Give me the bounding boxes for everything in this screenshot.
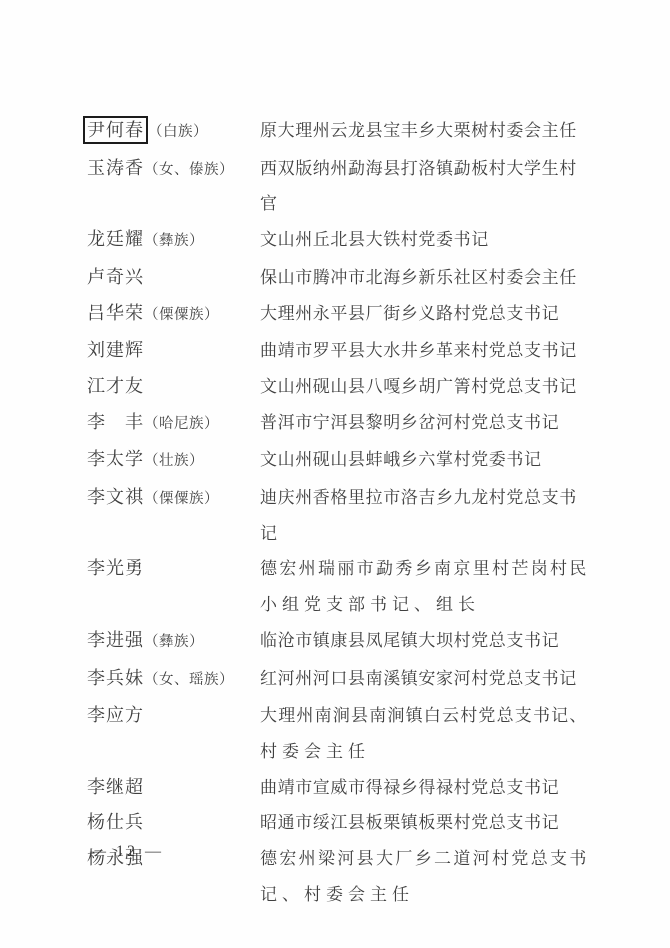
ethnicity-label: （白族）	[148, 124, 208, 140]
ethnicity-label: （壮族）	[144, 453, 204, 469]
position-cell: 曲靖市罗平县大水井乡革来村党总支书记	[260, 333, 587, 369]
person-name: 李兵妹	[87, 661, 144, 697]
position-cell: 大理州永平县厂街乡义路村党总支书记	[260, 296, 587, 332]
position-line: 文山州丘北县大铁村党委书记	[260, 222, 587, 258]
position-cell: 西双版纳州勐海县打洛镇勐板村大学生村官	[260, 151, 587, 222]
position-cell: 德宏州梁河县大厂乡二道河村党总支书记、村委会主任	[260, 841, 587, 912]
person-name: 李继超	[87, 770, 144, 806]
position-line: 大理州南涧县南涧镇白云村党总支书记、	[260, 698, 587, 734]
roster-entry: 江才友文山州砚山县八嘎乡胡广箐村党总支书记	[87, 369, 587, 405]
roster-entry: 刘建辉曲靖市罗平县大水井乡革来村党总支书记	[87, 333, 587, 369]
position-line: 德宏州梁河县大厂乡二道河村党总支书	[260, 841, 587, 877]
roster-entry: 李兵妹（女、瑶族）红河州河口县南溪镇安家河村党总支书记	[87, 661, 587, 699]
position-cell: 临沧市镇康县凤尾镇大坝村党总支书记	[260, 623, 587, 659]
person-name: 龙廷耀	[87, 222, 144, 258]
position-cell: 昭通市绥江县板栗镇板栗村党总支书记	[260, 805, 587, 841]
ethnicity-label: （傈僳族）	[144, 491, 219, 507]
person-name: 杨仕兵	[87, 805, 144, 841]
roster-entry: 李应方大理州南涧县南涧镇白云村党总支书记、村委会主任	[87, 698, 587, 769]
person-name-cell: 刘建辉	[87, 333, 260, 369]
position-cell: 文山州丘北县大铁村党委书记	[260, 222, 587, 258]
roster-entry: 李光勇德宏州瑞丽市勐秀乡南京里村芒岗村民小组党支部书记、组长	[87, 551, 587, 622]
position-line: 普洱市宁洱县黎明乡岔河村党总支书记	[260, 405, 587, 441]
page-number: — 12 —	[90, 843, 164, 860]
ethnicity-label: （彝族）	[144, 634, 204, 650]
roster-list: 尹何春（白族）原大理州云龙县宝丰乡大栗树村委会主任玉涛香（女、傣族）西双版纳州勐…	[87, 113, 587, 912]
position-line: 临沧市镇康县凤尾镇大坝村党总支书记	[260, 623, 587, 659]
ethnicity-label: （哈尼族）	[144, 416, 219, 432]
person-name: 李应方	[87, 698, 144, 734]
roster-entry: 尹何春（白族）原大理州云龙县宝丰乡大栗树村委会主任	[87, 113, 587, 151]
position-cell: 文山州砚山县八嘎乡胡广箐村党总支书记	[260, 369, 587, 405]
position-line: 文山州砚山县八嘎乡胡广箐村党总支书记	[260, 369, 587, 405]
person-name-cell: 李兵妹（女、瑶族）	[87, 661, 260, 699]
position-line: 文山州砚山县蚌峨乡六掌村党委书记	[260, 442, 587, 478]
person-name-cell: 李应方	[87, 698, 260, 734]
person-name: 李进强	[87, 623, 144, 659]
position-line: 原大理州云龙县宝丰乡大栗树村委会主任	[260, 113, 587, 149]
position-line: 红河州河口县南溪镇安家河村党总支书记	[260, 661, 587, 697]
page-footer: — 12 —	[90, 843, 164, 861]
person-name: 刘建辉	[87, 333, 144, 369]
ethnicity-label: （彝族）	[144, 233, 204, 249]
ethnicity-label: （傈僳族）	[144, 307, 219, 323]
roster-entry: 李太学（壮族）文山州砚山县蚌峨乡六掌村党委书记	[87, 442, 587, 480]
position-line: 西双版纳州勐海县打洛镇勐板村大学生村官	[260, 151, 587, 222]
person-name-cell: 李进强（彝族）	[87, 623, 260, 661]
person-name-cell: 杨仕兵	[87, 805, 260, 841]
person-name-cell: 李光勇	[87, 551, 260, 587]
position-cell: 迪庆州香格里拉市洛吉乡九龙村党总支书记	[260, 480, 587, 551]
position-cell: 保山市腾冲市北海乡新乐社区村委会主任	[260, 260, 587, 296]
person-name-cell: 卢奇兴	[87, 260, 260, 296]
person-name-highlight-box: 尹何春	[83, 116, 148, 144]
person-name: 李光勇	[87, 551, 144, 587]
ethnicity-label: （女、瑶族）	[144, 672, 234, 688]
person-name-cell: 李继超	[87, 770, 260, 806]
position-line: 昭通市绥江县板栗镇板栗村党总支书记	[260, 805, 587, 841]
person-name: 李 丰	[87, 405, 144, 441]
person-name: 李文祺	[87, 480, 144, 516]
person-name-cell: 吕华荣（傈僳族）	[87, 296, 260, 334]
position-line: 村委会主任	[260, 734, 587, 770]
roster-entry: 李进强（彝族）临沧市镇康县凤尾镇大坝村党总支书记	[87, 623, 587, 661]
position-cell: 大理州南涧县南涧镇白云村党总支书记、村委会主任	[260, 698, 587, 769]
person-name-cell: 玉涛香（女、傣族）	[87, 151, 260, 189]
position-line: 曲靖市宣威市得禄乡得禄村党总支书记	[260, 770, 587, 806]
person-name: 卢奇兴	[87, 260, 144, 296]
roster-entry: 龙廷耀（彝族）文山州丘北县大铁村党委书记	[87, 222, 587, 260]
position-cell: 普洱市宁洱县黎明乡岔河村党总支书记	[260, 405, 587, 441]
person-name: 江才友	[87, 369, 144, 405]
roster-entry: 李文祺（傈僳族）迪庆州香格里拉市洛吉乡九龙村党总支书记	[87, 480, 587, 551]
position-cell: 红河州河口县南溪镇安家河村党总支书记	[260, 661, 587, 697]
position-line: 大理州永平县厂街乡义路村党总支书记	[260, 296, 587, 332]
person-name: 吕华荣	[87, 296, 144, 332]
roster-entry: 杨仕兵昭通市绥江县板栗镇板栗村党总支书记	[87, 805, 587, 841]
position-cell: 德宏州瑞丽市勐秀乡南京里村芒岗村民小组党支部书记、组长	[260, 551, 587, 622]
person-name: 玉涛香	[87, 151, 144, 187]
position-line: 小组党支部书记、组长	[260, 587, 587, 623]
position-line: 记、村委会主任	[260, 877, 587, 913]
ethnicity-label: （女、傣族）	[144, 162, 234, 178]
position-line: 德宏州瑞丽市勐秀乡南京里村芒岗村民	[260, 551, 587, 587]
person-name: 李太学	[87, 442, 144, 478]
position-line: 保山市腾冲市北海乡新乐社区村委会主任	[260, 260, 587, 296]
roster-entry: 玉涛香（女、傣族）西双版纳州勐海县打洛镇勐板村大学生村官	[87, 151, 587, 222]
roster-entry: 吕华荣（傈僳族）大理州永平县厂街乡义路村党总支书记	[87, 296, 587, 334]
position-cell: 文山州砚山县蚌峨乡六掌村党委书记	[260, 442, 587, 478]
position-line: 曲靖市罗平县大水井乡革来村党总支书记	[260, 333, 587, 369]
document-page: 尹何春（白族）原大理州云龙县宝丰乡大栗树村委会主任玉涛香（女、傣族）西双版纳州勐…	[0, 0, 670, 948]
position-cell: 曲靖市宣威市得禄乡得禄村党总支书记	[260, 770, 587, 806]
position-line: 迪庆州香格里拉市洛吉乡九龙村党总支书记	[260, 480, 587, 551]
position-cell: 原大理州云龙县宝丰乡大栗树村委会主任	[260, 113, 587, 149]
person-name-cell: 尹何春（白族）	[87, 113, 260, 151]
person-name-cell: 李文祺（傈僳族）	[87, 480, 260, 518]
person-name-cell: 龙廷耀（彝族）	[87, 222, 260, 260]
roster-entry: 李 丰（哈尼族）普洱市宁洱县黎明乡岔河村党总支书记	[87, 405, 587, 443]
person-name-cell: 李 丰（哈尼族）	[87, 405, 260, 443]
roster-entry: 卢奇兴保山市腾冲市北海乡新乐社区村委会主任	[87, 260, 587, 296]
person-name-cell: 李太学（壮族）	[87, 442, 260, 480]
roster-entry: 李继超曲靖市宣威市得禄乡得禄村党总支书记	[87, 770, 587, 806]
person-name-cell: 江才友	[87, 369, 260, 405]
